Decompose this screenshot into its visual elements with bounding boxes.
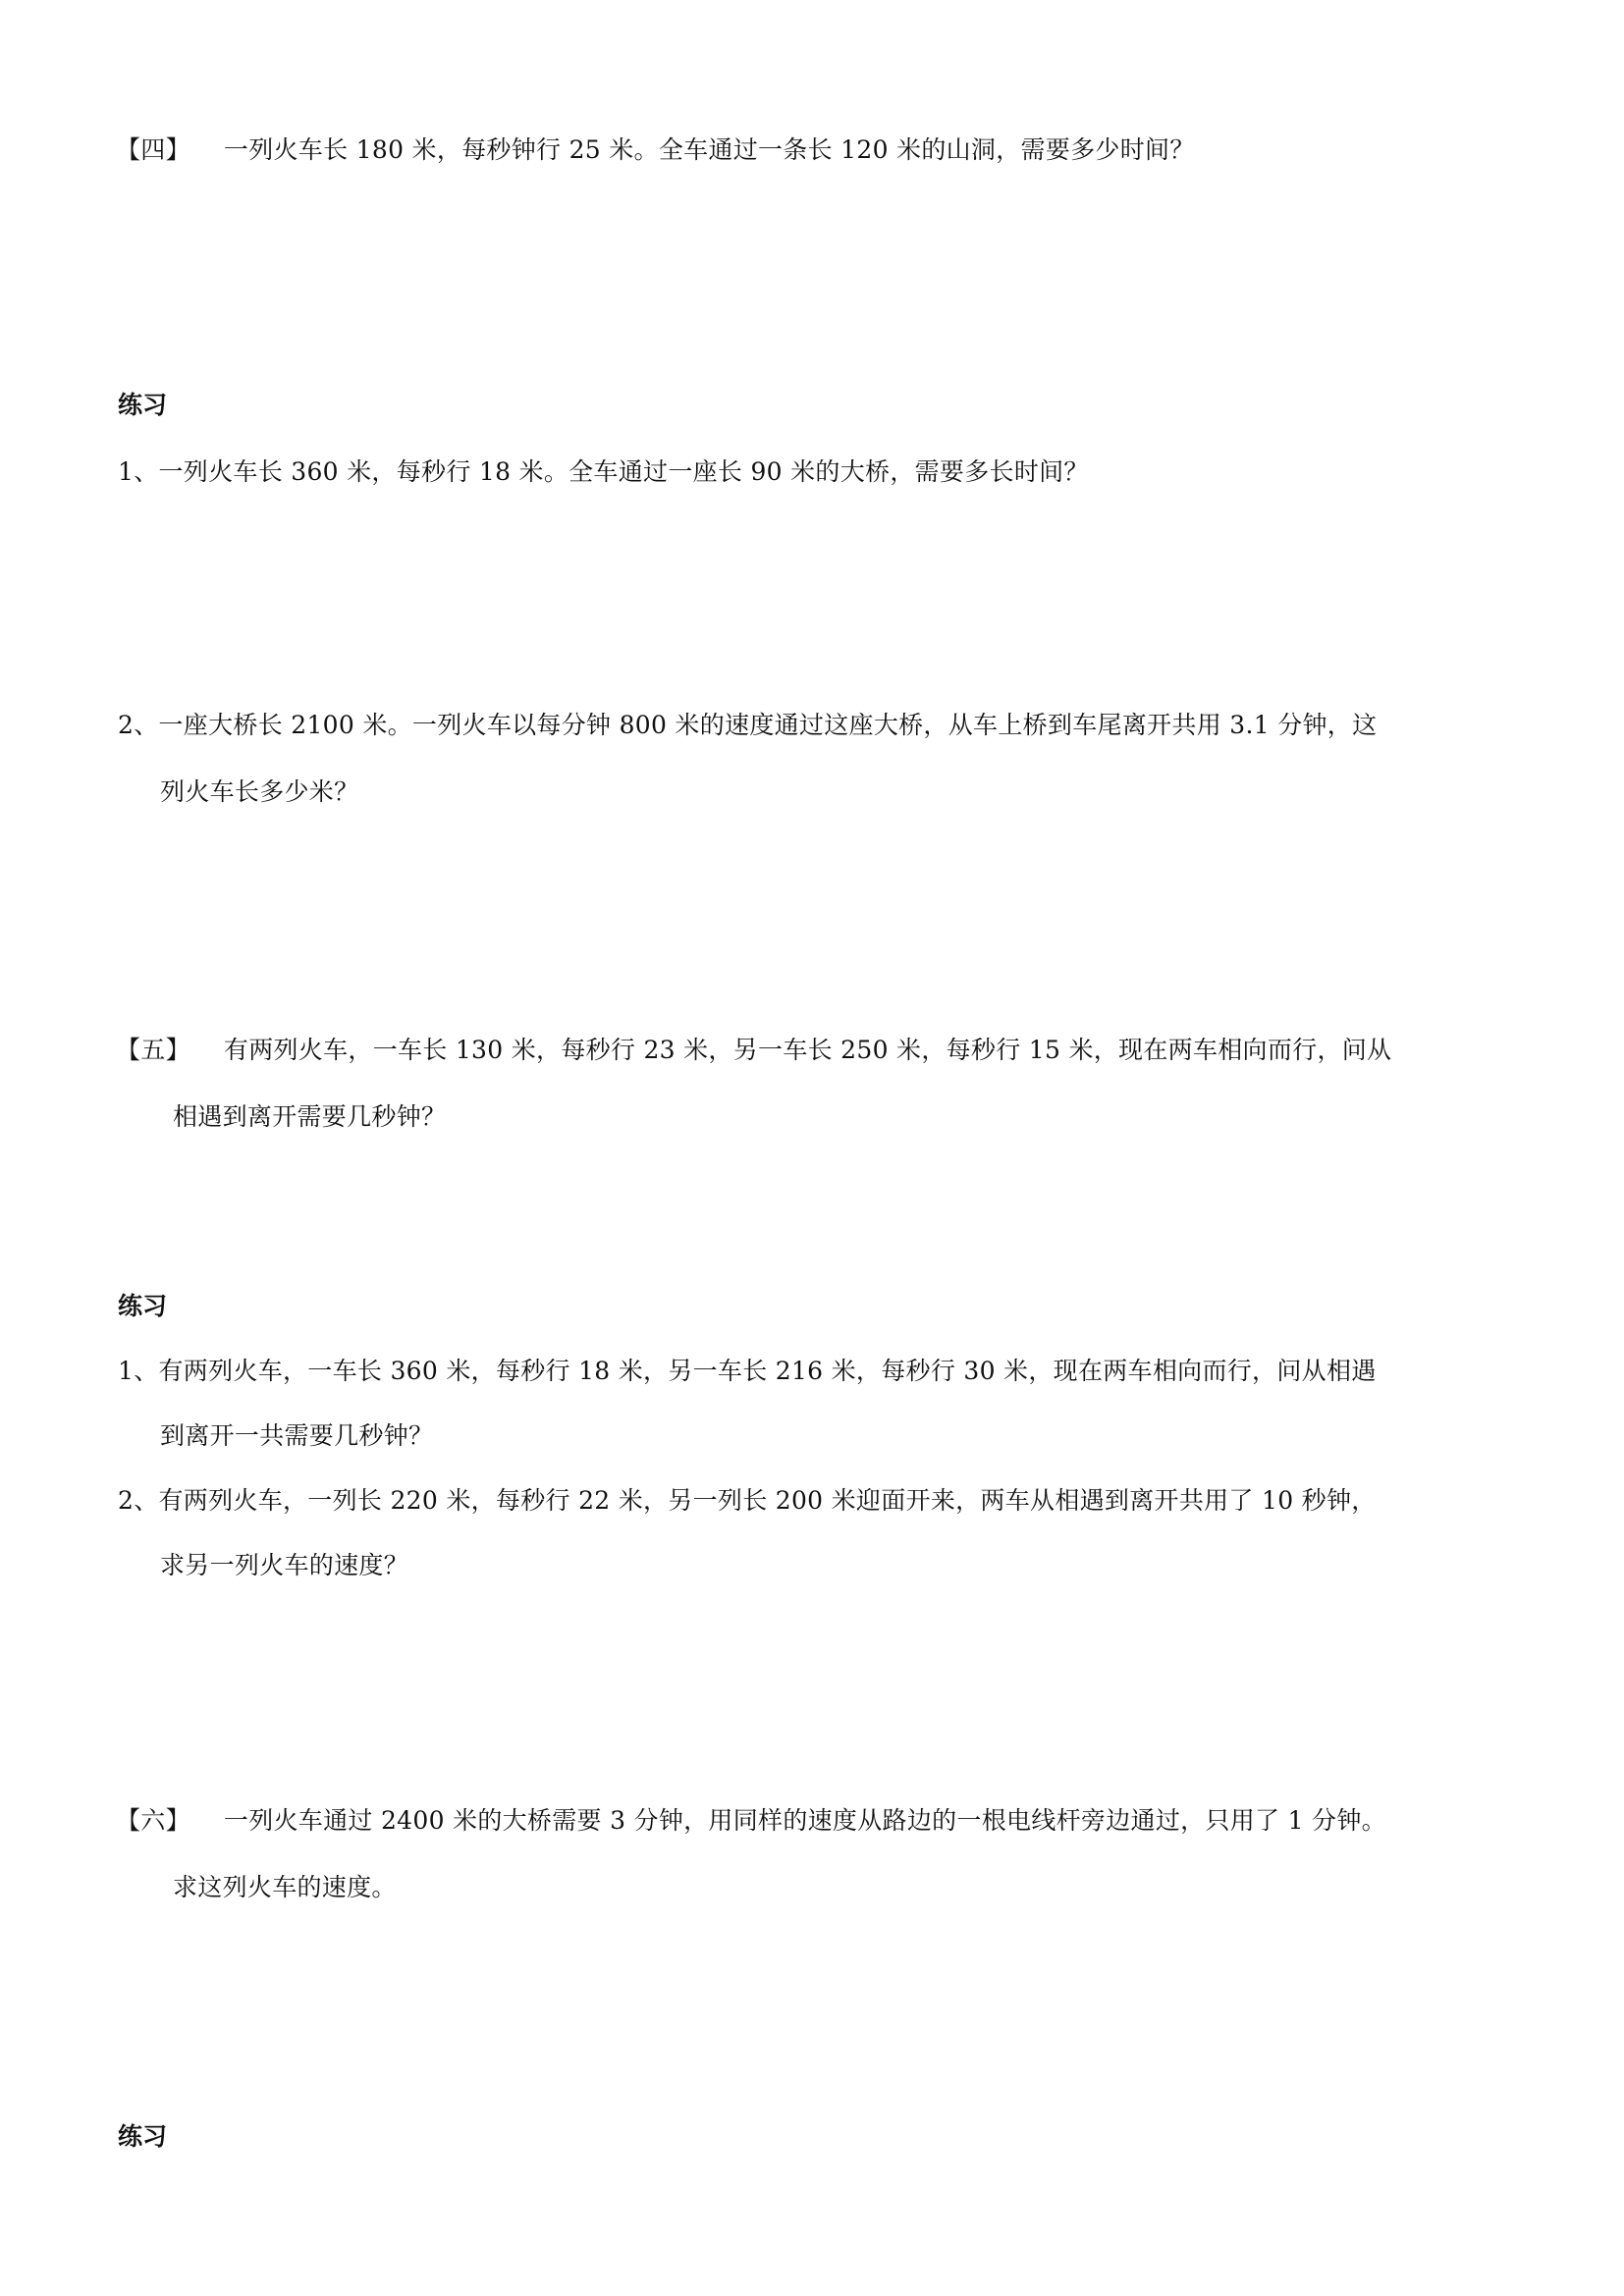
problem-4-text: 一列火车长 180 米，每秒钟行 25 米。全车通过一条长 120 米的山洞，需…: [224, 135, 1195, 164]
problem-5-label: 【五】: [116, 1034, 190, 1067]
problem-6-line-2: 求这列火车的速度。: [173, 1871, 397, 1904]
problem-6-line-1: 【六】一列火车通过 2400 米的大桥需要 3 分钟，用同样的速度从路边的一根电…: [116, 1804, 1386, 1838]
problem-6-text: 一列火车通过 2400 米的大桥需要 3 分钟，用同样的速度从路边的一根电线杆旁…: [224, 1806, 1386, 1835]
problem-6-label: 【六】: [116, 1804, 190, 1838]
problem-5-line-2: 相遇到离开需要几秒钟？: [173, 1100, 446, 1134]
practice-heading-1: 练习: [118, 389, 167, 422]
problem-4-line-1: 【四】一列火车长 180 米，每秒钟行 25 米。全车通过一条长 120 米的山…: [116, 133, 1195, 167]
problem-5-line-1: 【五】有两列火车，一车长 130 米，每秒行 23 米，另一车长 250 米，每…: [116, 1034, 1391, 1067]
problem-5-text: 有两列火车，一车长 130 米，每秒行 23 米，另一车长 250 米，每秒行 …: [224, 1036, 1391, 1064]
practice-2-item-1-line-1: 1、有两列火车，一车长 360 米，每秒行 18 米，另一车长 216 米，每秒…: [118, 1355, 1377, 1388]
practice-1-item-2-line-1: 2、一座大桥长 2100 米。一列火车以每分钟 800 米的速度通过这座大桥，从…: [118, 709, 1377, 742]
practice-heading-2: 练习: [118, 1290, 167, 1323]
practice-heading-3: 练习: [118, 2120, 167, 2154]
problem-4-label: 【四】: [116, 133, 190, 167]
practice-1-item-2-line-2: 列火车长多少米？: [160, 775, 358, 809]
practice-2-item-2-line-1: 2、有两列火车，一列长 220 米，每秒行 22 米，另一列长 200 米迎面开…: [118, 1484, 1377, 1518]
practice-1-item-1-line-1: 1、一列火车长 360 米，每秒行 18 米。全车通过一座长 90 米的大桥，需…: [118, 455, 1089, 489]
practice-2-item-1-line-2: 到离开一共需要几秒钟？: [160, 1419, 433, 1453]
practice-2-item-2-line-2: 求另一列火车的速度？: [160, 1549, 408, 1582]
